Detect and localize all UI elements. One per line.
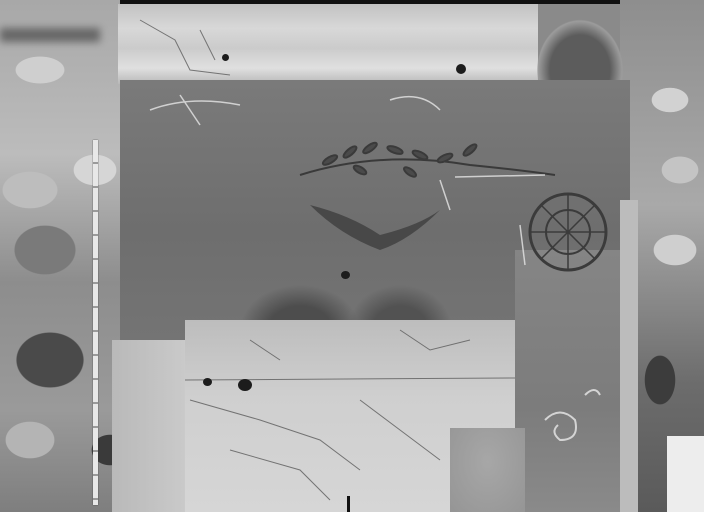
- wall-hole: [341, 271, 350, 279]
- bottom-marker: [347, 496, 350, 512]
- wall-hole: [456, 64, 466, 74]
- rosette-wreath: [530, 194, 606, 270]
- measuring-rod: [93, 140, 98, 505]
- fresco-details-overlay: [0, 0, 704, 512]
- swirl-ornament: [545, 390, 600, 440]
- wall-hole: [222, 54, 229, 61]
- fresco-photograph: [0, 0, 704, 512]
- wall-hole: [203, 378, 212, 386]
- wall-hole: [238, 379, 252, 391]
- painted-bird: [310, 205, 440, 250]
- leaf-garland: [300, 141, 555, 179]
